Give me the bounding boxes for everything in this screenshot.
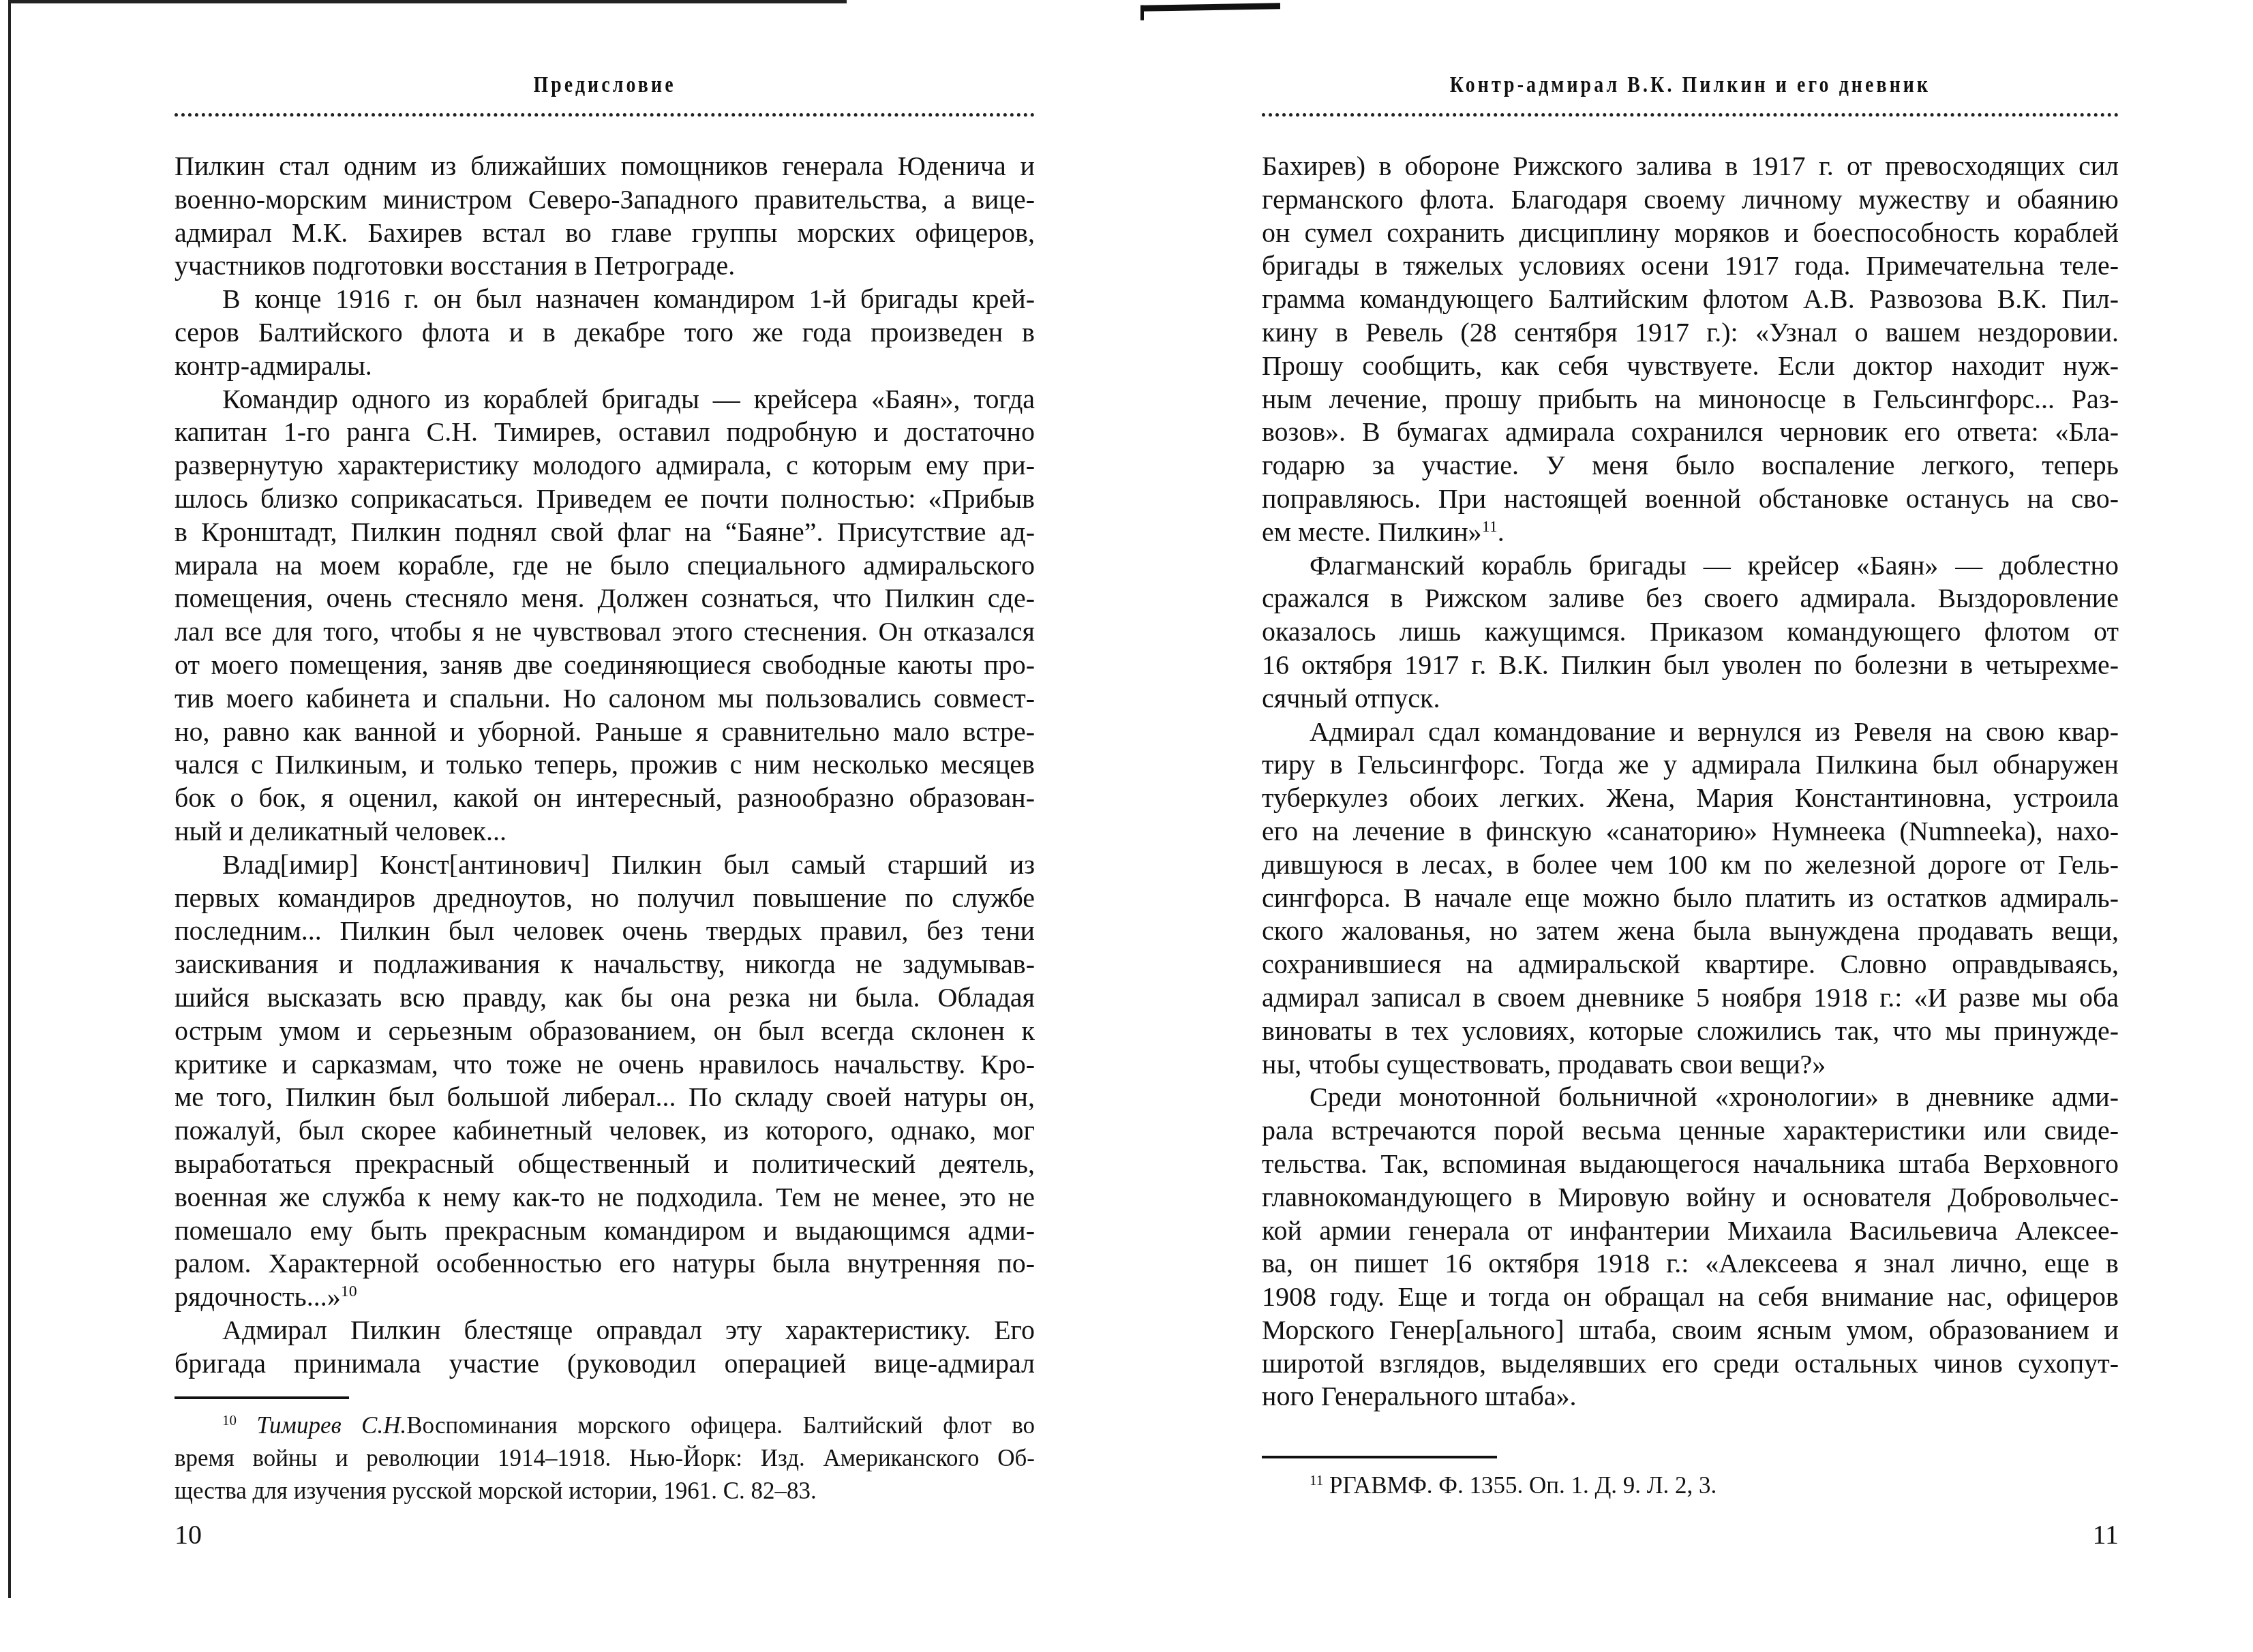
running-head: Контр-адмирал В.К. Пилкин и его дневник	[1339, 72, 2042, 98]
running-head: Предисловие	[252, 72, 958, 98]
text-line: но, равно как ванной и уборной. Раньше я…	[175, 716, 1035, 749]
text-line: сражался в Рижском заливе без своего адм…	[1262, 582, 2119, 615]
text-line: ем месте. Пилкин»11.	[1262, 516, 2119, 549]
text-line: главнокомандующего в Мировую войну и осн…	[1262, 1181, 2119, 1214]
text-line: пожалуй, был скорее кабинетный человек, …	[175, 1114, 1035, 1148]
text-line: сохранившиеся на адмиральской квартире. …	[1262, 948, 2119, 981]
text-line: лал все для того, чтобы я не чувствовал …	[175, 615, 1035, 649]
text-line: годарю за участие. У меня было воспалени…	[1262, 449, 2119, 483]
footnote-rule	[1262, 1456, 1497, 1458]
footnote-rule	[175, 1396, 349, 1399]
scan-edge-left	[8, 0, 11, 1598]
text-line: тельства. Так, вспоминая выдающегося нач…	[1262, 1148, 2119, 1181]
text-line: туберкулез обоих легких. Жена, Мария Кон…	[1262, 782, 2119, 815]
header-dotted-rule	[1262, 113, 2119, 117]
text-line: грамма командующего Балтийским флотом А.…	[1262, 283, 2119, 316]
text-line: оказалось лишь кажущимся. Приказом коман…	[1262, 615, 2119, 649]
text-line: тиру в Гельсингфорс. Тогда же у адмирала…	[1262, 748, 2119, 782]
text-line: широтой взглядов, выделявших его среди о…	[1262, 1347, 2119, 1381]
footnote-ref: 10	[341, 1283, 357, 1300]
text-line: ме того, Пилкин был большой либерал... П…	[175, 1081, 1035, 1114]
footnote-marker: 11	[1310, 1472, 1323, 1488]
page-number: 11	[2092, 1518, 2119, 1550]
text-line: 16 октября 1917 г. В.К. Пилкин был уволе…	[1262, 649, 2119, 682]
text-line: рядочность...»10	[175, 1281, 1035, 1314]
text-line: помещения, очень стесняло меня. Должен с…	[175, 582, 1035, 615]
text-line: германского флота. Благодаря своему личн…	[1262, 183, 2119, 217]
text-line: адмирал М.К. Бахирев встал во главе груп…	[175, 217, 1035, 250]
text-line: капитан 1-го ранга С.Н. Тимирев, оставил…	[175, 416, 1035, 449]
footnotes: 10 Тимирев С.Н.Воспоминания морского офи…	[175, 1409, 1035, 1508]
text-line: контр-адмиралы.	[175, 350, 1035, 383]
text-line: Адмирал Пилкин блестяще оправдал эту хар…	[175, 1314, 1035, 1347]
text-line: кину в Ревель (28 сентября 1917 г.): «Уз…	[1262, 316, 2119, 350]
page-number: 10	[175, 1518, 202, 1550]
body-text: Пилкин стал одним из ближайших помощнико…	[175, 150, 1035, 1380]
text-line: ралом. Характерной особенностью его нату…	[175, 1247, 1035, 1281]
text-line: Бахирев) в обороне Рижского залива в 191…	[1262, 150, 2119, 183]
text-line: поправляюсь. При настоящей военной обста…	[1262, 483, 2119, 516]
text-line: сячный отпуск.	[1262, 682, 2119, 716]
text-line: В конце 1916 г. он был назначен командир…	[175, 283, 1035, 316]
text-line: заискивания и подлаживания к начальству,…	[175, 948, 1035, 981]
footnote-author: Тимирев С.Н.	[256, 1412, 406, 1439]
text-line: Среди монотонной больничной «хронологии»…	[1262, 1081, 2119, 1114]
text-line: выработаться прекрасный общественный и п…	[175, 1148, 1035, 1181]
text-line: ным лечение, прошу прибыть на миноносце …	[1262, 383, 2119, 416]
text-line: острым умом и серьезным образованием, он…	[175, 1015, 1035, 1048]
footnote-ref: 11	[1482, 518, 1498, 536]
text-line: 1908 году. Еще и тогда он обращал на себ…	[1262, 1281, 2119, 1314]
text-line: бригады в тяжелых условиях осени 1917 го…	[1262, 249, 2119, 283]
text-line: виноваты в тех условиях, которые сложили…	[1262, 1015, 2119, 1048]
text-line: военно-морским министром Северо-Западног…	[175, 183, 1035, 217]
right-page: Контр-адмирал В.К. Пилкин и его дневник …	[1262, 0, 2119, 1652]
text-line: Морского Генер[ального] штаба, своим ясн…	[1262, 1314, 2119, 1347]
footnote-line: время войны и революции 1914–1918. Нью-Й…	[175, 1442, 1035, 1475]
header-dotted-rule	[175, 113, 1035, 117]
text-line: чался с Пилкиным, и только теперь, прожи…	[175, 748, 1035, 782]
footnotes: 11 РГАВМФ. Ф. 1355. Оп. 1. Д. 9. Л. 2, 3…	[1262, 1469, 2119, 1502]
text-line: критике и сарказмам, что тоже не очень н…	[175, 1048, 1035, 1082]
text-line: рала встречаются порой весьма ценные хар…	[1262, 1114, 2119, 1148]
text-line: ского жалованья, но затем жена была выну…	[1262, 915, 2119, 948]
text-line: мирала на моем корабле, где не было спец…	[175, 549, 1035, 583]
text-line: развернутую характеристику молодого адми…	[175, 449, 1035, 483]
text-line: кой армии генерала от инфантерии Михаила…	[1262, 1214, 2119, 1248]
text-line: его на лечение в финскую «санаторию» Нум…	[1262, 815, 2119, 848]
text-line: Прошу сообщить, как себя чувствуете. Есл…	[1262, 350, 2119, 383]
text-line: тив моего кабинета и спальни. Но салоном…	[175, 682, 1035, 716]
text-line: последним... Пилкин был человек очень тв…	[175, 915, 1035, 948]
text-line: первых командиров дредноутов, но получил…	[175, 882, 1035, 915]
text-line: адмирал записал в своем дневнике 5 ноябр…	[1262, 981, 2119, 1015]
footnote-marker: 10	[222, 1412, 237, 1428]
footnote-line: щества для изучения русской морской исто…	[175, 1475, 1035, 1508]
text-line: Пилкин стал одним из ближайших помощнико…	[175, 150, 1035, 183]
body-text: Бахирев) в обороне Рижского залива в 191…	[1262, 150, 2119, 1413]
text-line: участников подготовки восстания в Петрог…	[175, 249, 1035, 283]
text-line: дившуюся в лесах, в более чем 100 км по …	[1262, 848, 2119, 882]
text-line: он сумел сохранить дисциплину моряков и …	[1262, 217, 2119, 250]
text-line: ва, он пишет 16 октября 1918 г.: «Алексе…	[1262, 1247, 2119, 1281]
text-line: помешало ему быть прекрасным командиром …	[175, 1214, 1035, 1248]
text-line: ны, чтобы существовать, продавать свои в…	[1262, 1048, 2119, 1082]
text-line: ного Генерального штаба».	[1262, 1380, 2119, 1413]
text-line: ный и деликатный человек...	[175, 815, 1035, 848]
text-line: военная же служба к нему как-то не подхо…	[175, 1181, 1035, 1214]
text-line: шийся высказать всю правду, как бы она р…	[175, 981, 1035, 1015]
footnote-line: 11 РГАВМФ. Ф. 1355. Оп. 1. Д. 9. Л. 2, 3…	[1262, 1469, 2119, 1502]
text-line: серов Балтийского флота и в декабре того…	[175, 316, 1035, 350]
text-line: сингфорса. В начале еще можно было плати…	[1262, 882, 2119, 915]
text-line: бок о бок, я оценил, какой он интересный…	[175, 782, 1035, 815]
text-line: Влад[имир] Конст[антинович] Пилкин был с…	[175, 848, 1035, 882]
text-line: бригада принимала участие (руководил опе…	[175, 1347, 1035, 1381]
text-line: от моего помещения, заняв две соединяющи…	[175, 649, 1035, 682]
footnote-line: 10 Тимирев С.Н.Воспоминания морского офи…	[175, 1409, 1035, 1442]
text-line: Флагманский корабль бригады — крейсер «Б…	[1262, 549, 2119, 583]
text-line: Командир одного из кораблей бригады — кр…	[175, 383, 1035, 416]
text-line: в Кронштадт, Пилкин поднял свой флаг на …	[175, 516, 1035, 549]
scan-artifact	[1140, 3, 1280, 12]
text-line: возов». В бумагах адмирала сохранился че…	[1262, 416, 2119, 449]
text-line: Адмирал сдал командование и вернулся из …	[1262, 716, 2119, 749]
left-page: Предисловие Пилкин стал одним из ближайш…	[175, 0, 1035, 1652]
text-line: шлось близко соприкасаться. Приведем ее …	[175, 483, 1035, 516]
